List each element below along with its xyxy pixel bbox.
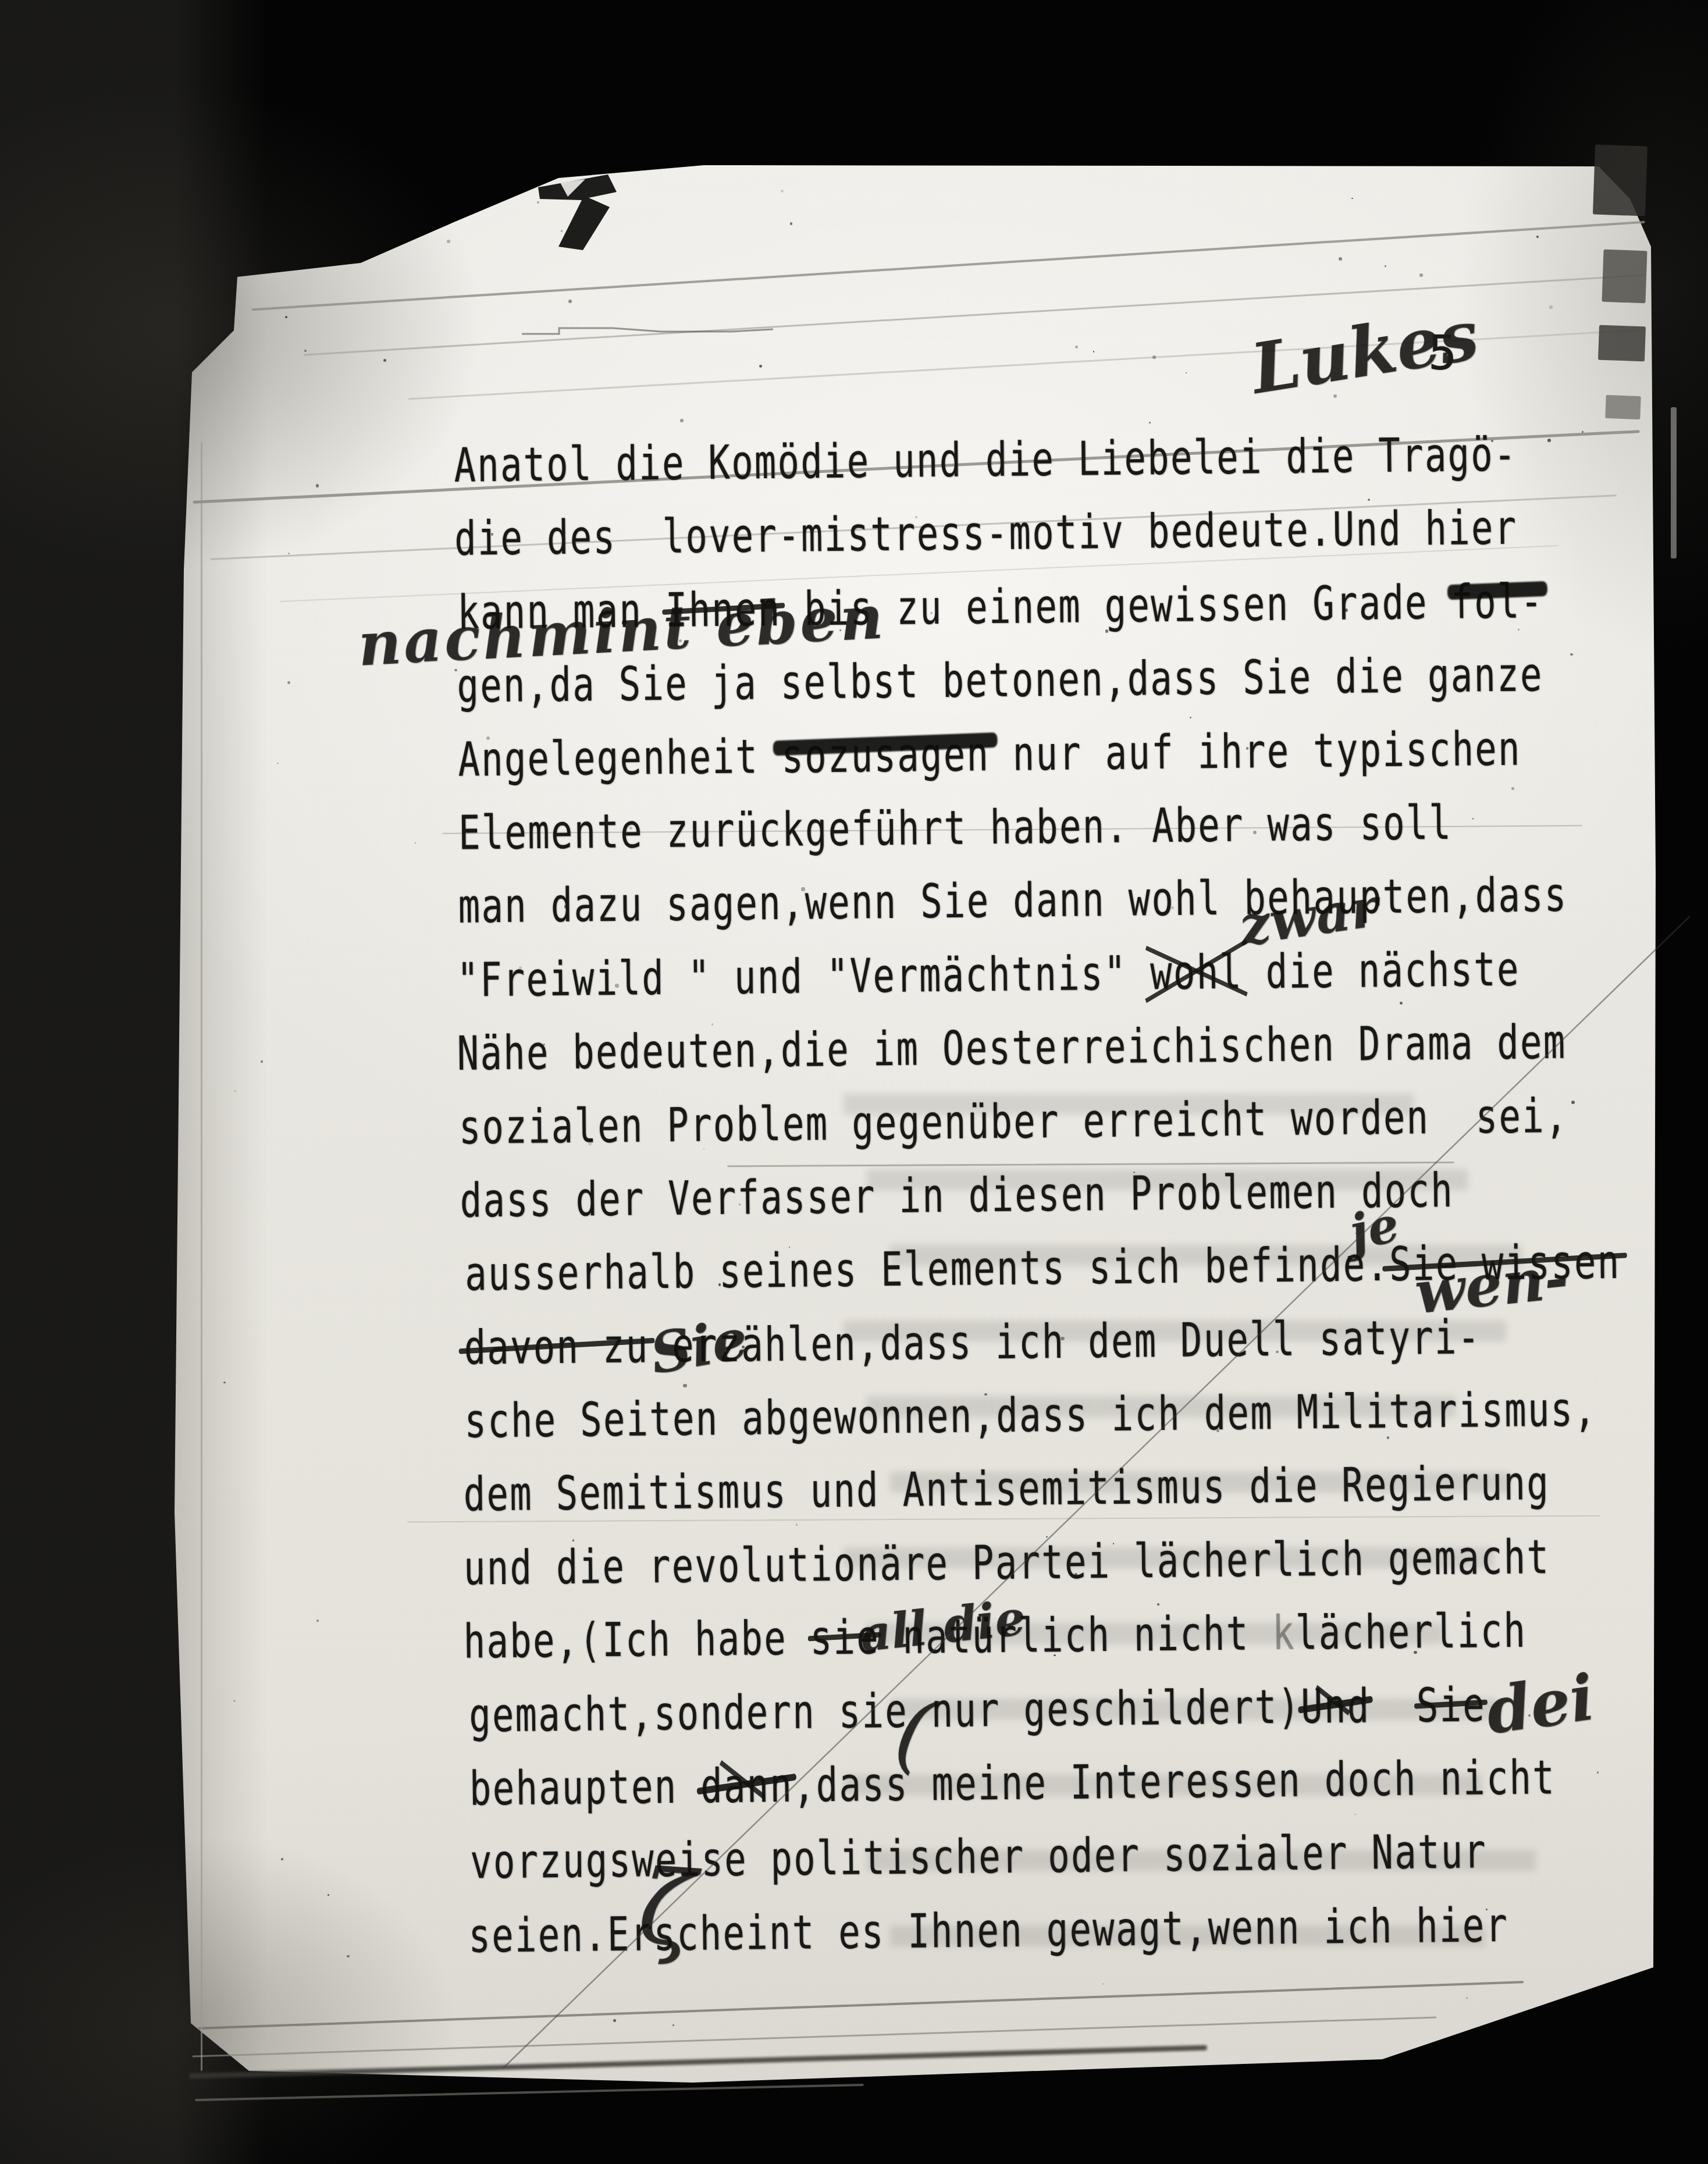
edge-sliver	[1671, 407, 1677, 558]
typed-text: seien.Erscheint es Ihnen gewagt,wenn ich…	[468, 1877, 1509, 1984]
handwritten-word-dei: dei	[1482, 1661, 1599, 1749]
sheet-edge-line-bottom	[195, 2084, 864, 2101]
paper-speck	[453, 187, 455, 189]
page-number: 5	[1428, 326, 1457, 381]
paper-speck	[444, 215, 446, 216]
handwritten-paragraph-squiggle: ζ	[635, 1848, 698, 1970]
scanned-document-photo: Lukes 5 Anatol die Komödie und die Liebe…	[0, 0, 1708, 2164]
